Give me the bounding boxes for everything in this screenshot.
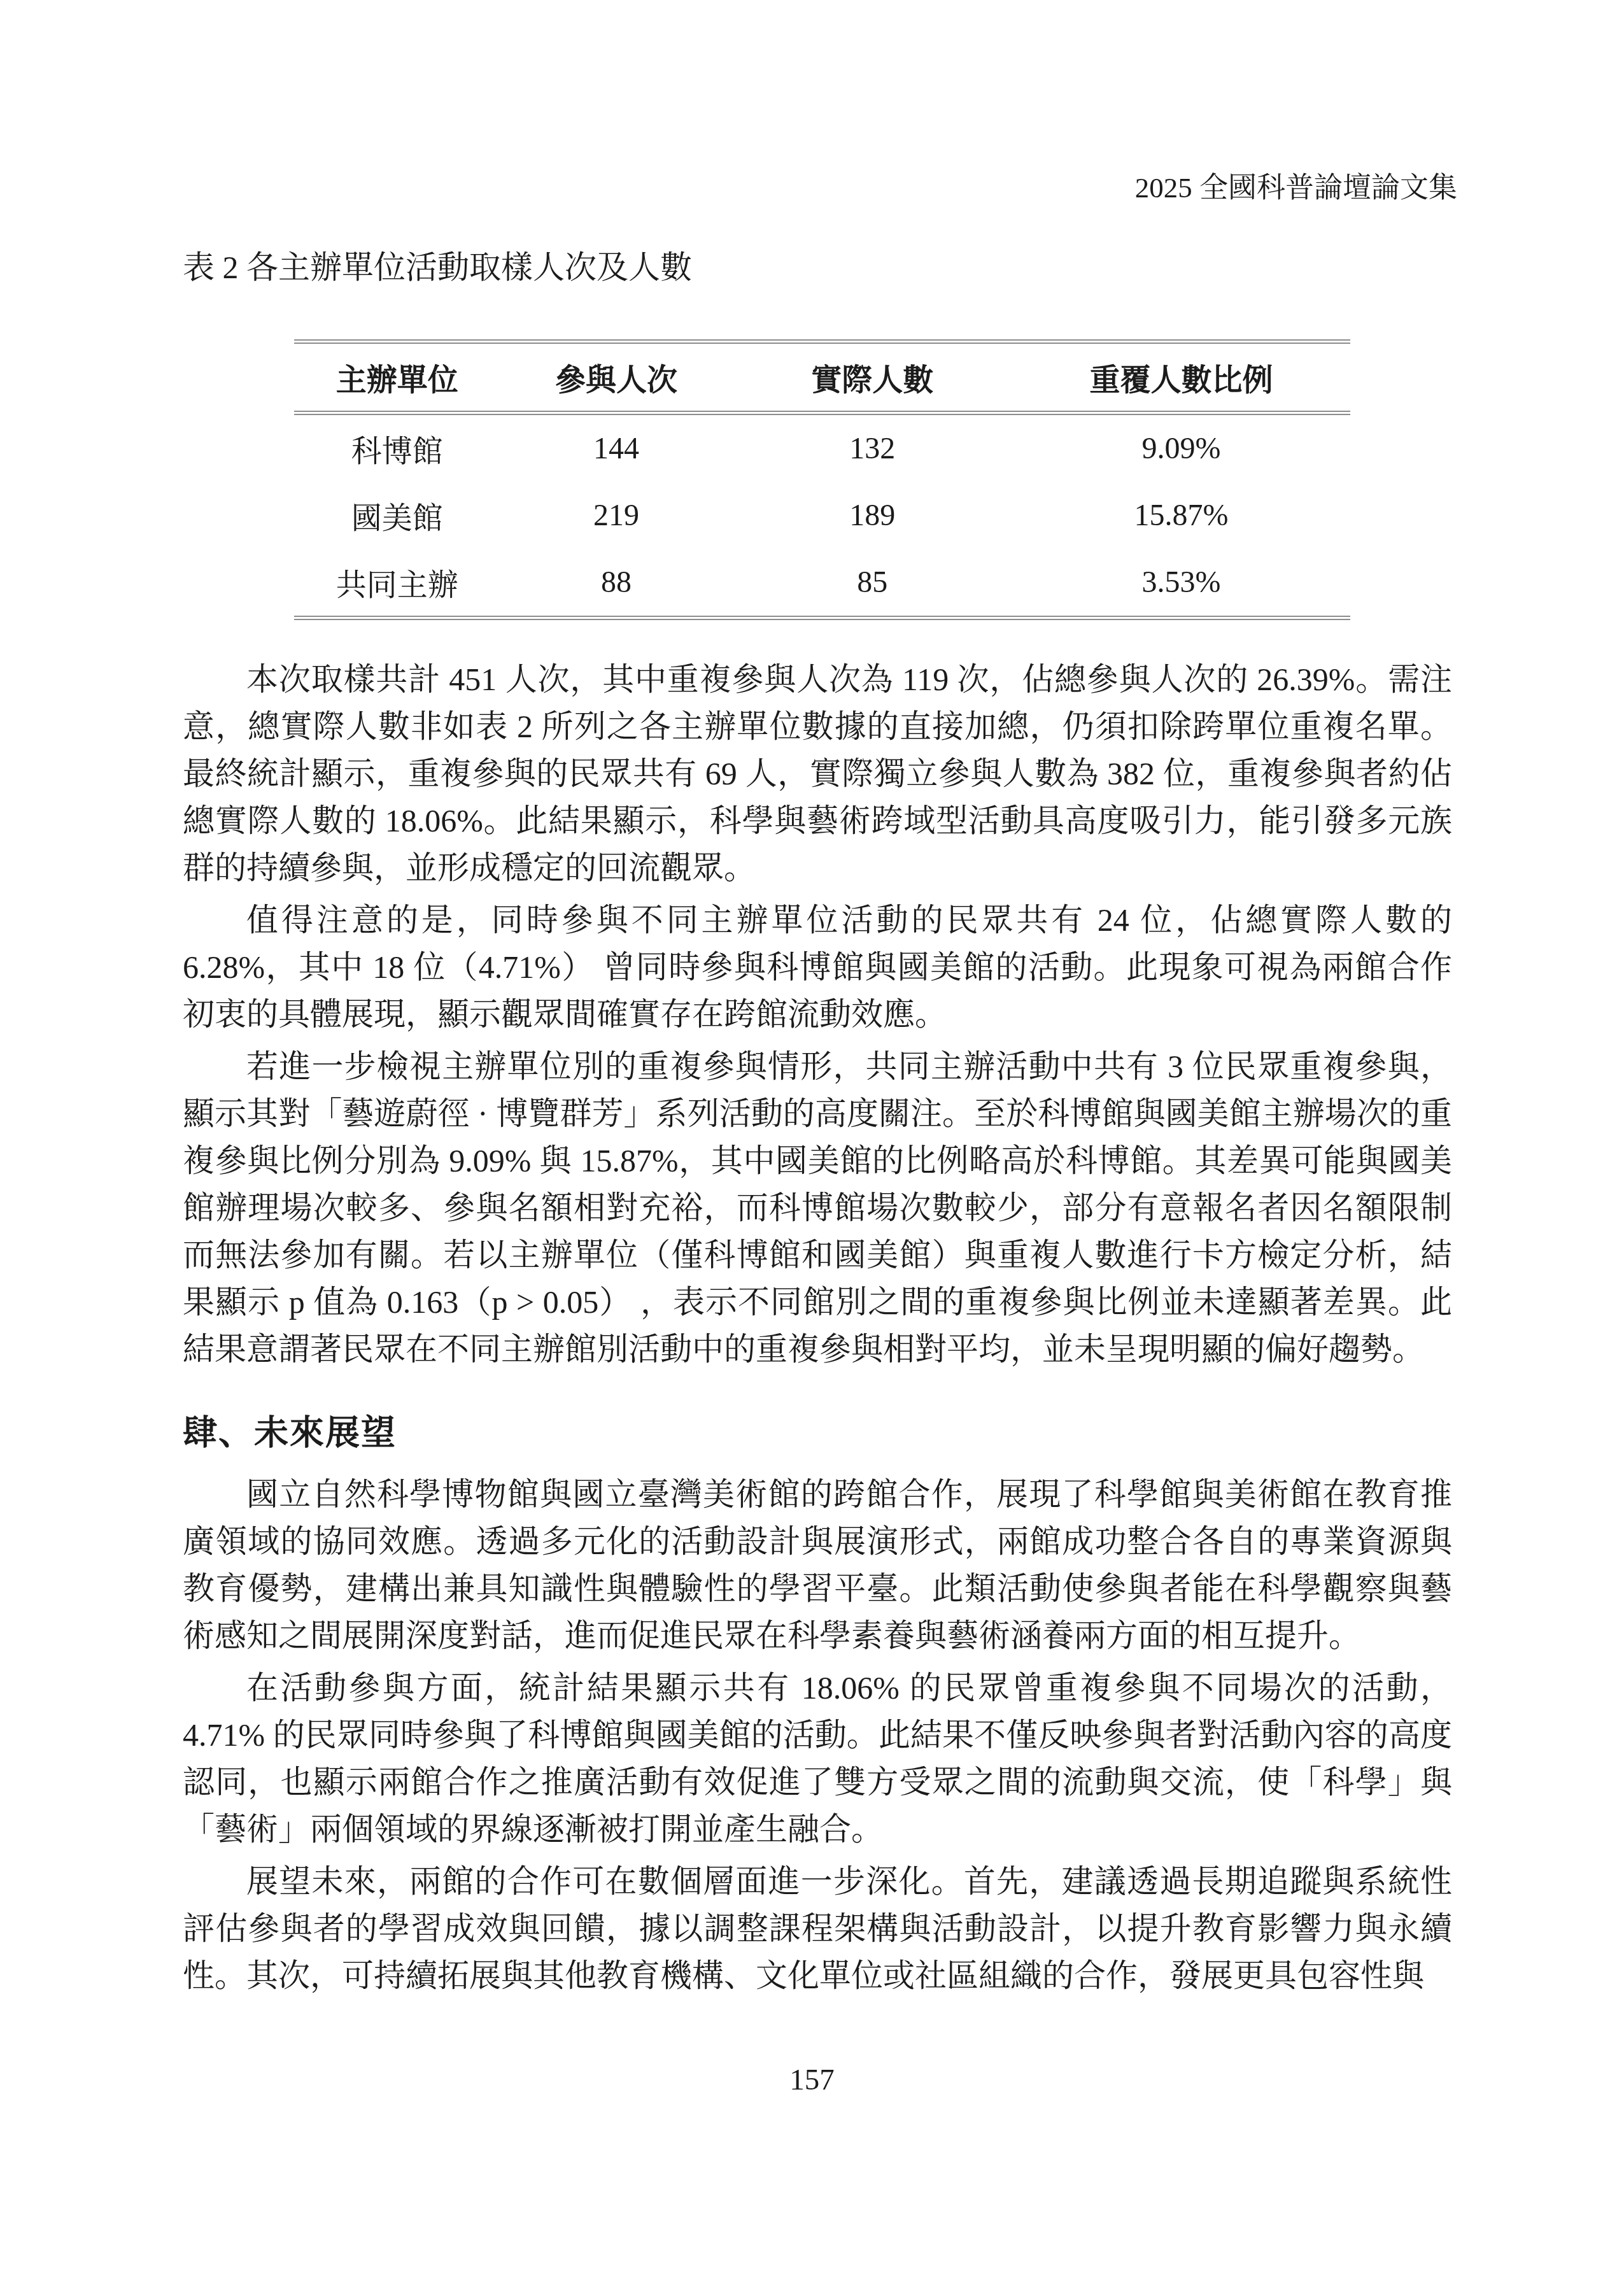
paragraph-collaboration-summary: 國立自然科學博物館與國立臺灣美術館的跨館合作，展現了科學館與美術館在教育推廣領域… <box>183 1471 1452 1659</box>
table-cell: 3.53% <box>1012 549 1350 616</box>
table-cell: 85 <box>732 549 1012 616</box>
document-page: 2025 全國科普論壇論文集 表 2 各主辦單位活動取樣人次及人數 主辦單位 參… <box>0 0 1624 2278</box>
table-cell: 國美館 <box>294 482 500 549</box>
table-cell: 132 <box>732 415 1012 482</box>
column-header-actual-count: 實際人數 <box>732 344 1012 411</box>
table-cell: 9.09% <box>1012 415 1350 482</box>
paragraph-repeat-analysis: 若進一步檢視主辦單位別的重複參與情形，共同主辦活動中共有 3 位民眾重複參與，顯… <box>183 1043 1452 1373</box>
paragraph-future-directions: 展望未來，兩館的合作可在數個層面進一步深化。首先，建議透過長期追蹤與系統性評估參… <box>183 1858 1452 1999</box>
table-cell: 科博館 <box>294 415 500 482</box>
table-row: 國美館 219 189 15.87% <box>294 482 1350 549</box>
page-number: 157 <box>0 2063 1624 2097</box>
paragraph-participation-summary: 在活動參與方面，統計結果顯示共有 18.06% 的民眾曾重複參與不同場次的活動，… <box>183 1664 1452 1853</box>
table-row: 共同主辦 88 85 3.53% <box>294 549 1350 616</box>
table-cell: 共同主辦 <box>294 549 500 616</box>
column-header-organizer: 主辦單位 <box>294 344 500 411</box>
running-header: 2025 全國科普論壇論文集 <box>1135 172 1457 204</box>
column-header-repeat-ratio: 重覆人數比例 <box>1012 344 1350 411</box>
table-cell: 15.87% <box>1012 482 1350 549</box>
table-cell: 189 <box>732 482 1012 549</box>
table-header-row: 主辦單位 參與人次 實際人數 重覆人數比例 <box>294 344 1350 415</box>
body-text: 本次取樣共計 451 人次，其中重複參與人次為 119 次，佔總參與人次的 26… <box>183 656 1452 1999</box>
table-row: 科博館 144 132 9.09% <box>294 415 1350 482</box>
table-cell: 219 <box>500 482 733 549</box>
table-cell: 144 <box>500 415 733 482</box>
table-cell: 88 <box>500 549 733 616</box>
section-heading-future-outlook: 肆、未來展望 <box>183 1413 1452 1453</box>
data-table: 主辦單位 參與人次 實際人數 重覆人數比例 科博館 144 132 9.09% … <box>294 339 1350 620</box>
paragraph-cross-participation: 值得注意的是，同時參與不同主辦單位活動的民眾共有 24 位，佔總實際人數的 6.… <box>183 896 1452 1038</box>
table-caption: 表 2 各主辦單位活動取樣人次及人數 <box>183 248 692 287</box>
paragraph-sampling-stats: 本次取樣共計 451 人次，其中重複參與人次為 119 次，佔總參與人次的 26… <box>183 656 1452 891</box>
column-header-participations: 參與人次 <box>500 344 733 411</box>
